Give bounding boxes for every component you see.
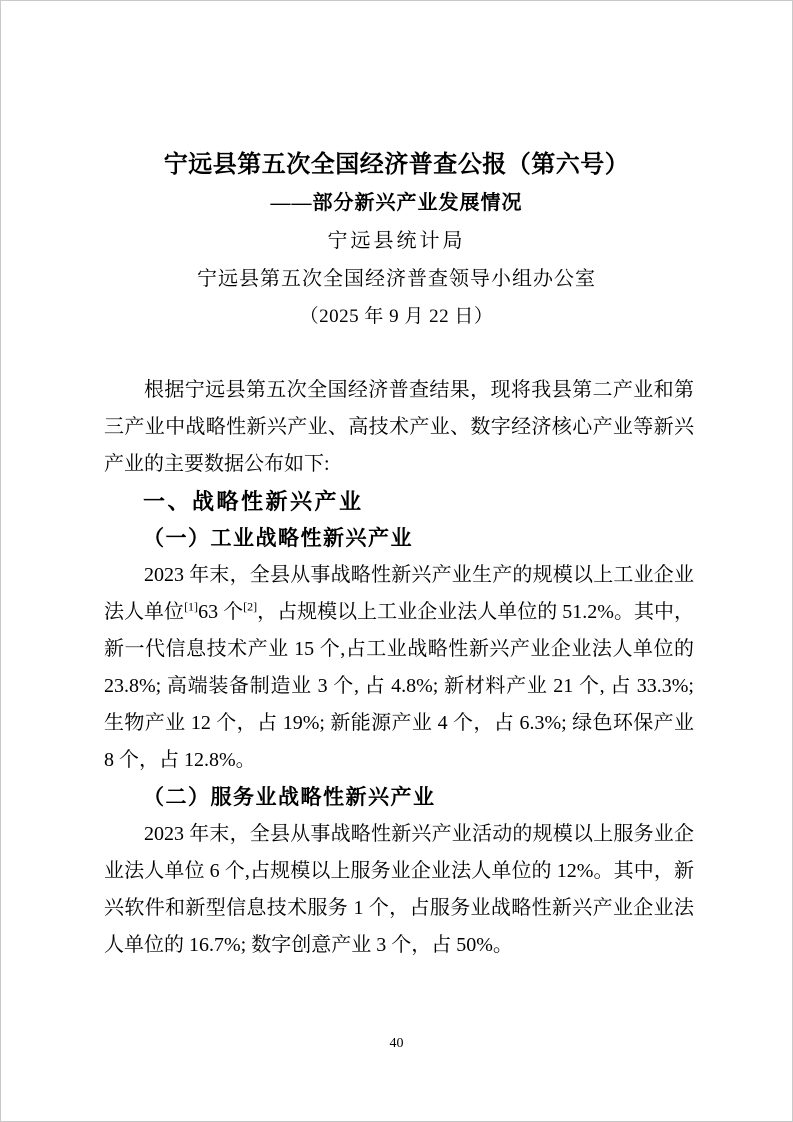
section-1-heading: 一、战略性新兴产业 bbox=[104, 483, 694, 520]
text-segment: 63 个 bbox=[198, 601, 243, 623]
document-subtitle: ——部分新兴产业发展情况 bbox=[1, 184, 792, 222]
text-segment: ，占规模以上工业企业法人单位的 51.2%。其中，新一代信息技术产业 15 个,… bbox=[104, 601, 694, 771]
page-number: 40 bbox=[390, 1036, 404, 1051]
document-date: （2025 年 9 月 22 日） bbox=[1, 298, 792, 336]
page-footer: 40 bbox=[1, 1035, 792, 1053]
section-1-2-heading: （二）服务业战略性新兴产业 bbox=[104, 779, 694, 816]
document-title: 宁远县第五次全国经济普查公报（第六号） bbox=[1, 146, 792, 184]
document-header: 宁远县第五次全国经济普查公报（第六号） ——部分新兴产业发展情况 宁远县统计局 … bbox=[1, 1, 792, 336]
industrial-strategic-industries-paragraph: 2023 年末，全县从事战略性新兴产业生产的规模以上工业企业法人单位[1]63 … bbox=[104, 557, 694, 779]
service-strategic-industries-paragraph: 2023 年末，全县从事战略性新兴产业活动的规模以上服务业企业法人单位 6 个,… bbox=[104, 816, 694, 964]
issuer-statistics-bureau: 宁远县统计局 bbox=[1, 222, 792, 260]
document-page: 宁远县第五次全国经济普查公报（第六号） ——部分新兴产业发展情况 宁远县统计局 … bbox=[0, 0, 793, 1122]
footnote-reference: [2] bbox=[243, 599, 257, 613]
section-1-1-heading: （一）工业战略性新兴产业 bbox=[104, 520, 694, 557]
document-body: 根据宁远县第五次全国经济普查结果，现将我县第二产业和第三产业中战略性新兴产业、高… bbox=[104, 372, 694, 964]
intro-paragraph: 根据宁远县第五次全国经济普查结果，现将我县第二产业和第三产业中战略性新兴产业、高… bbox=[104, 372, 694, 483]
issuer-census-leading-group-office: 宁远县第五次全国经济普查领导小组办公室 bbox=[1, 260, 792, 298]
footnote-reference: [1] bbox=[184, 599, 198, 613]
